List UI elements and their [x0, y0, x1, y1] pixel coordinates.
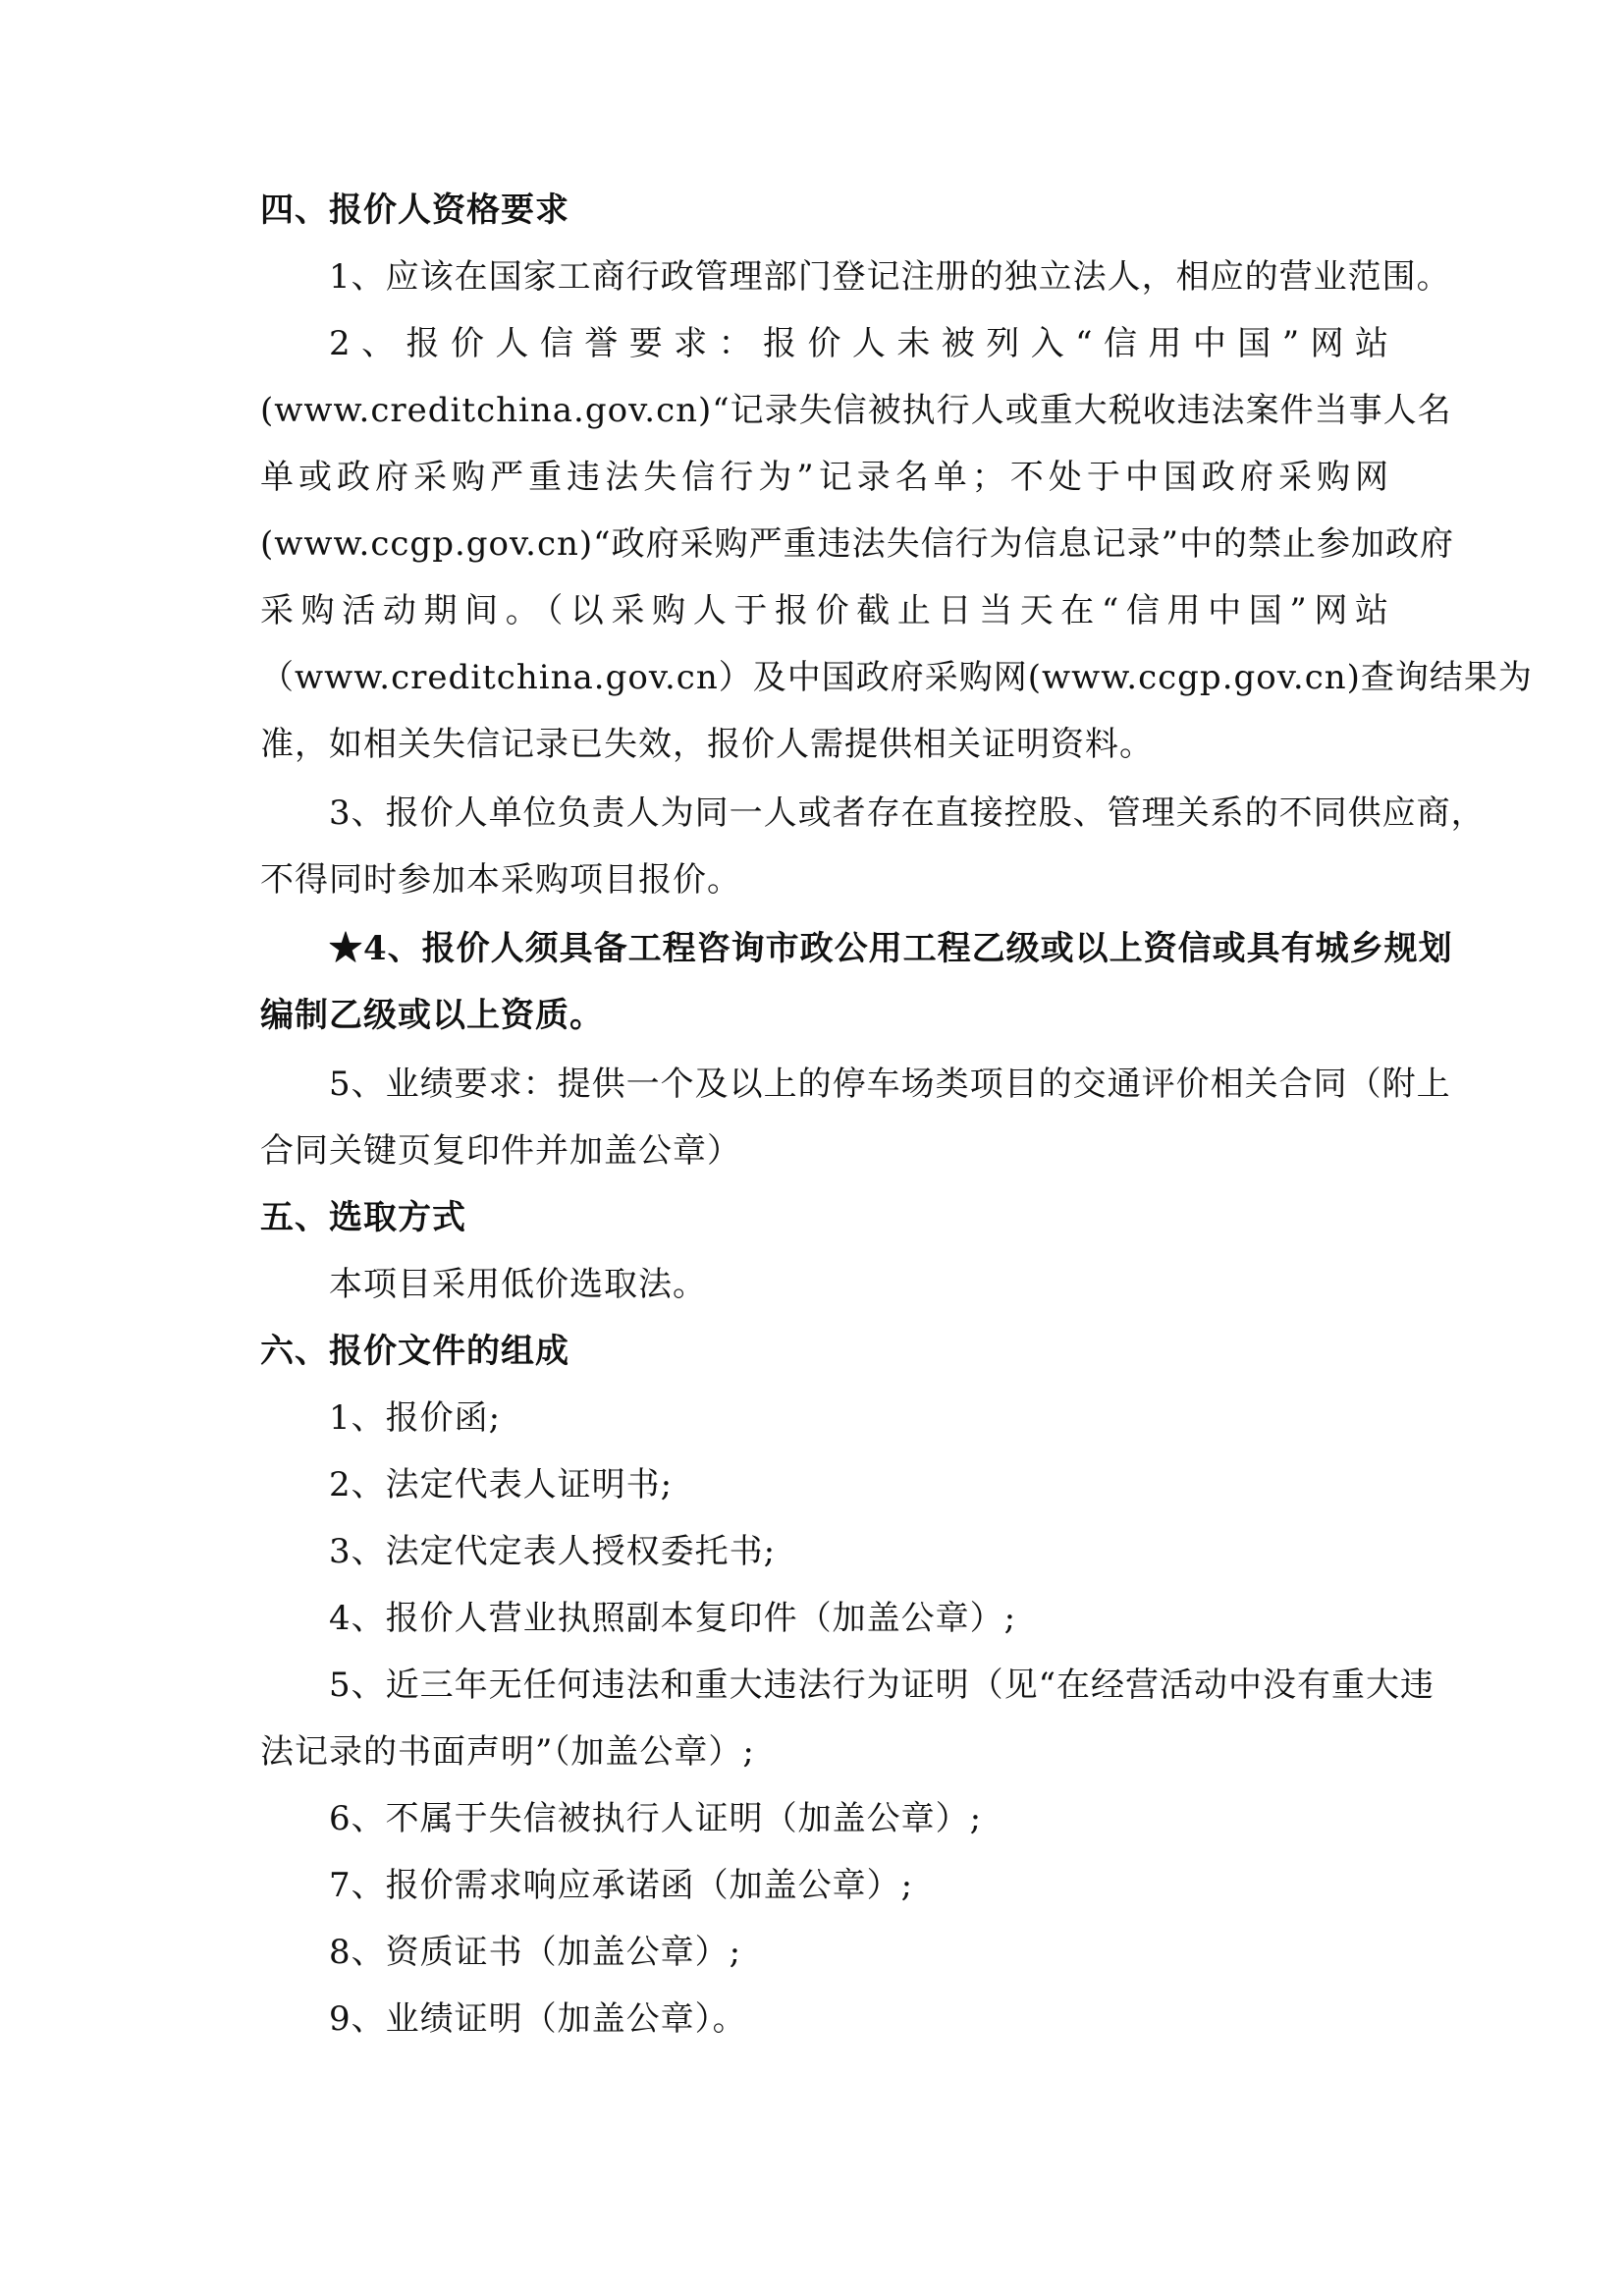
section-6-item-1: 1、报价函;	[329, 1396, 1458, 1440]
section-4-item-5-line-1: 5、业绩要求：提供一个及以上的停车场类项目的交通评价相关合同（附上	[329, 1063, 1458, 1106]
section-4-item-2-line-1: 2、报价人信誉要求：报价人未被列入“信用中国”网站	[329, 322, 1389, 365]
section-6-item-6: 6、不属于失信被执行人证明（加盖公章）;	[329, 1797, 1458, 1840]
section-5-body: 本项目采用低价选取法。	[329, 1263, 1458, 1306]
section-6-item-3: 3、法定代定表人授权委托书;	[329, 1530, 1458, 1573]
section-6-item-7: 7、报价需求响应承诺函（加盖公章）;	[329, 1864, 1458, 1907]
section-5-heading: 五、选取方式	[260, 1196, 1389, 1239]
section-4-item-3-line-2: 不得同时参加本采购项目报价。	[260, 858, 1389, 902]
section-6-item-5-line-2: 法记录的书面声明”（加盖公章）;	[260, 1730, 1389, 1774]
document-page: 四、报价人资格要求 1、应该在国家工商行政管理部门登记注册的独立法人，相应的营业…	[0, 0, 1624, 2296]
section-6-item-4: 4、报价人营业执照副本复印件（加盖公章）;	[329, 1597, 1458, 1640]
section-4-item-5-line-2: 合同关键页复印件并加盖公章）	[260, 1129, 1389, 1173]
section-6-item-5-line-1: 5、近三年无任何违法和重大违法行为证明（见“在经营活动中没有重大违	[329, 1664, 1458, 1707]
section-4-item-4-line-2: 编制乙级或以上资质。	[260, 994, 1389, 1037]
section-6-item-2: 2、法定代表人证明书;	[329, 1463, 1458, 1506]
section-4-heading: 四、报价人资格要求	[260, 189, 1389, 232]
section-4-item-1: 1、应该在国家工商行政管理部门登记注册的独立法人，相应的营业范围。	[329, 255, 1458, 299]
section-4-item-2-line-5: 采购活动期间。（以采购人于报价截止日当天在“信用中国”网站	[260, 589, 1389, 632]
section-4-item-2-line-7: 准，如相关失信记录已失效，报价人需提供相关证明资料。	[260, 723, 1389, 766]
section-4-item-2-line-3: 单或政府采购严重违法失信行为”记录名单；不处于中国政府采购网	[260, 456, 1389, 499]
section-4-item-2-line-6: （www.creditchina.gov.cn）及中国政府采购网(www.ccg…	[260, 656, 1389, 699]
section-6-heading: 六、报价文件的组成	[260, 1330, 1389, 1373]
section-4-item-2-line-4: (www.ccgp.gov.cn)“政府采购严重违法失信行为信息记录”中的禁止参…	[260, 522, 1389, 566]
section-6-item-9: 9、业绩证明（加盖公章）。	[329, 1997, 1458, 2041]
section-4-item-3-line-1: 3、报价人单位负责人为同一人或者存在直接控股、管理关系的不同供应商，	[329, 792, 1458, 835]
section-6-item-8: 8、资质证书（加盖公章）;	[329, 1931, 1458, 1974]
section-4-item-2-line-2: (www.creditchina.gov.cn)“记录失信被执行人或重大税收违法…	[260, 389, 1389, 432]
section-4-item-4-line-1: ★4、报价人须具备工程咨询市政公用工程乙级或以上资信或具有城乡规划	[329, 927, 1458, 970]
